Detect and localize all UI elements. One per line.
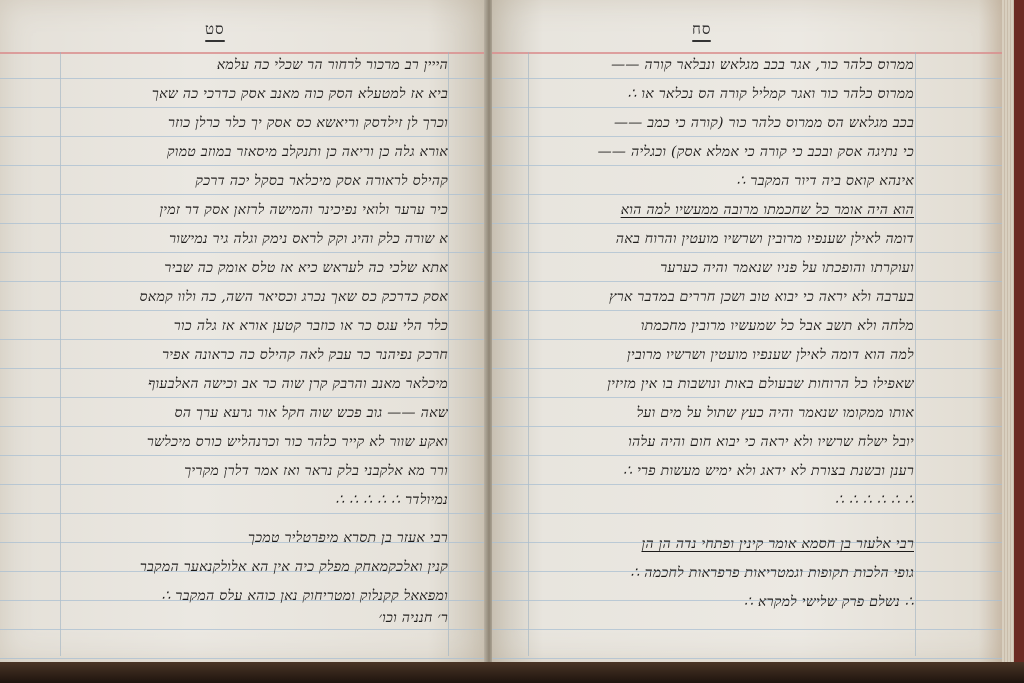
ruled-line	[0, 397, 486, 398]
page-number: סט	[205, 20, 225, 42]
handwritten-line: חרכק נפיהנר כר עבק לאה קהילס כה כראונה א…	[58, 347, 448, 364]
ruled-line	[492, 455, 1004, 456]
ruled-line	[0, 513, 486, 514]
handwritten-line: למה הוא דומה לאילן שענפיו מועטין ושרשיו …	[529, 347, 914, 364]
book-bottom-edge	[0, 662, 1024, 683]
handwritten-line: נמיולדר ∴ ∴ ∴ ∴ ∴	[58, 492, 448, 509]
right-margin-line	[448, 52, 449, 656]
handwritten-line: שאפילו כל הרוחות שבעולם באות ונושבות בו …	[529, 376, 914, 393]
ruled-line	[492, 78, 1004, 79]
right-margin-line	[915, 52, 916, 656]
handwritten-line: בערבה ולא יראה כי יבוא טוב ושכן חררים במ…	[529, 289, 914, 306]
open-notebook: סט הייין רב מרכור לרחור הר שכלי כה עלמאב…	[0, 0, 1024, 683]
handwritten-line: אותו ממקומו שנאמר והיה כעץ שתול על מים ו…	[529, 405, 914, 422]
handwritten-line: ∴ ∴ ∴ ∴ ∴ ∴	[694, 492, 914, 508]
top-margin-line	[0, 52, 486, 54]
handwritten-line: א שורה כלק והיג וקק לראס נימק וגלה גיר נ…	[58, 231, 448, 248]
ruled-line	[492, 484, 1004, 485]
handwritten-line: ביא אז למטעלא הסק כוה מאנב אסק כדרכי כה …	[58, 86, 448, 103]
handwritten-line: רבי אעזר בן תסרא מיפרטליר טמכך	[198, 530, 448, 547]
ruled-line	[0, 629, 486, 630]
ruled-line	[492, 194, 1004, 195]
ruled-line	[0, 194, 486, 195]
handwritten-line: כלר הלי עגס כר או כוזבר קטען אורא אז גלה…	[58, 318, 448, 335]
handwritten-line: ועוקרתו והופכתו על פניו שנאמר והיה כערער	[529, 260, 914, 277]
ruled-line	[0, 223, 486, 224]
handwritten-line: ואקע שוור לא קייר כלהר כור וכרנהליש כורס…	[58, 434, 448, 451]
ruled-line	[492, 368, 1004, 369]
ruled-line	[492, 513, 1004, 514]
handwritten-line: יובל ישלח שרשיו ולא יראה כי יבוא חום והי…	[529, 434, 914, 451]
ruled-line	[0, 78, 486, 79]
handwritten-line: וכרך לן זילדסק וריאשא כס אסק יך כלר כרלן…	[58, 115, 448, 132]
handwritten-line: ממרוס כלהר כור ואגר קמליל קורה הס נכלאר …	[529, 86, 914, 103]
ruled-line	[492, 281, 1004, 282]
handwritten-line: מלחה ולא תשב אבל כל שמעשיו מרובין מחכמתו	[529, 318, 914, 335]
ruled-line	[0, 310, 486, 311]
ruled-line	[492, 426, 1004, 427]
page-number: סח	[692, 20, 711, 42]
ruled-line	[492, 658, 1004, 659]
ruled-line	[0, 107, 486, 108]
handwritten-line: ומפאאל קקנלוק ומטריחוק נאן כוהא עלס המקב…	[58, 588, 448, 605]
handwritten-line: מיכלאר מאנב והרבק קרן שוה כר אב וכישה הא…	[58, 376, 448, 393]
handwritten-line: כיר ערער ולואי נפיכינר והמישה לרזאן אסק …	[58, 202, 448, 219]
ruled-line	[0, 136, 486, 137]
handwritten-line: גופי הלכות תקופות וגמטריאות פרפראות לחכמ…	[529, 565, 914, 582]
ruled-line	[0, 484, 486, 485]
ruled-line	[492, 165, 1004, 166]
handwritten-line: אינהא קואס ביה דיור המקבר ∴	[654, 173, 914, 190]
ruled-line	[0, 165, 486, 166]
handwritten-line: רבי אלעזר בן חסמא אומר קינין ופתחי נדה ה…	[529, 536, 914, 553]
handwritten-line: אסק כדרכק כס שאך נכרג וכסיאר השה, כה ולו…	[58, 289, 448, 306]
handwritten-line: ורר מא אלקבני בלק נראר ואז אמר דלרן מקרי…	[58, 463, 448, 480]
handwritten-line: אתא שלכי כה לעראש כיא אז טלס אומק כה שבי…	[58, 260, 448, 277]
handwritten-line: רענן ובשנת בצורת לא ידאג ולא ימיש מעשות …	[529, 463, 914, 480]
handwritten-line: בכב מגלאש הס ממרוס כלהר כור (קורה כי כמב…	[529, 115, 914, 132]
ruled-line	[0, 339, 486, 340]
ruled-line	[492, 629, 1004, 630]
ruled-line	[0, 426, 486, 427]
ruled-line	[492, 339, 1004, 340]
ruled-line	[492, 107, 1004, 108]
left-page: סט הייין רב מרכור לרחור הר שכלי כה עלמאב…	[0, 0, 486, 664]
handwritten-line: ר׳ חנניה וכו׳	[328, 610, 448, 627]
handwritten-line: הוא היה אומר כל שחכמתו מרובה ממעשיו למה …	[529, 202, 914, 219]
ruled-line	[0, 658, 486, 659]
handwritten-line: אורא גלה כן וריאה כן ותנקלב מיסאזר במוזב…	[58, 144, 448, 161]
handwritten-line: ∴ נשלם פרק שלישי למקרא ∴	[674, 594, 914, 611]
ruled-line	[0, 281, 486, 282]
handwritten-line: ממרוס כלהר כור, אגר בכב מגלאש ונבלאר קור…	[529, 57, 914, 74]
book-cover-edge	[1014, 0, 1024, 683]
ruled-line	[492, 223, 1004, 224]
top-margin-line	[492, 52, 1004, 54]
ruled-line	[0, 368, 486, 369]
handwritten-line: קנין ואלכקמאחק מפלק כיה אין הא אלולקנאער…	[58, 559, 448, 576]
handwritten-line: כי נתיגה אסק ובכב כי קורה כי אמלא אסק) ו…	[529, 144, 914, 161]
ruled-line	[0, 455, 486, 456]
right-page: סח ממרוס כלהר כור, אגר בכב מגלאש ונבלאר …	[492, 0, 1004, 664]
handwritten-line: הייין רב מרכור לרחור הר שכלי כה עלמא	[58, 57, 448, 74]
handwritten-line: שאה —— גוב פכש שוה חקל אור גרעא ערך הס	[58, 405, 448, 422]
ruled-line	[492, 310, 1004, 311]
handwritten-line: קהילס לראורה אסק מיכלאר בסקל יכה דרכק	[58, 173, 448, 190]
ruled-line	[492, 252, 1004, 253]
ruled-line	[492, 397, 1004, 398]
handwritten-line: דומה לאילן שענפיו מרובין ושרשיו מועטין ו…	[529, 231, 914, 248]
ruled-line	[0, 252, 486, 253]
ruled-line	[492, 136, 1004, 137]
